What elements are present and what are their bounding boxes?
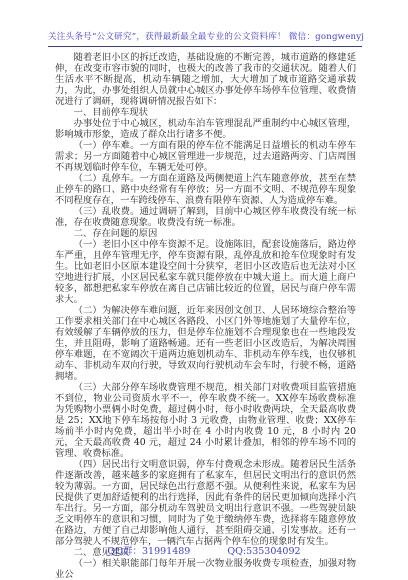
paragraph: （一）相关职能部门每年开展一次物业服务收费专项检查，加强对物业公 xyxy=(55,558,356,580)
paragraph: （三）乱收费。通过调研了解到，目前中心城区停车收费没有统一标准，存在收费随意现象… xyxy=(55,206,356,228)
qq-number: QQ:535304092 xyxy=(227,546,300,557)
paragraph: （二）为解决停车难问题，近年来因创文创卫、人居环境综合整治等工作要求相关部门在中… xyxy=(55,305,356,382)
page-header: 关注头条号“公文研究”，获得最新最全最专业的公文资料库！ 微信：gongweny… xyxy=(48,24,362,47)
paragraph: （一）老旧小区中停车资源不足。设施陈旧，配套设施落后，路边停车严重，且停车管理无… xyxy=(55,239,356,305)
document-page: 关注头条号“公文研究”，获得最新最全最专业的公文资料库！ 微信：gongweny… xyxy=(0,0,408,580)
section-heading-2: 二、存在问题的原因 xyxy=(55,228,356,239)
document-body: 随着老旧小区的拆迁改造，基础设施的不断完善，城市道路的修建延伸，在改变市容市貌的… xyxy=(55,52,356,580)
paragraph: （三）大部分停车场收费管理不规范，相关部门对收费项目监管措施不到位，物业公司资质… xyxy=(55,382,356,459)
page-footer: QQ群：31991489 QQ:535304092 xyxy=(0,543,408,557)
qq-group-number: QQ群：31991489 xyxy=(107,546,190,557)
paragraph-intro: 随着老旧小区的拆迁改造，基础设施的不断完善，城市道路的修建延伸，在改变市容市貌的… xyxy=(55,52,356,107)
header-banner-text: 关注头条号“公文研究”，获得最新最全最专业的公文资料库！ 微信：gongweny… xyxy=(48,32,364,42)
paragraph: （二）乱停车。一方面在道路及两侧便道上汽车随意停放，甚至在禁止停车的路口、路中央… xyxy=(55,173,356,206)
paragraph: 办事处位于中心城区，机动车泊车管理混乱严重制约中心城区管理，影响城市形象，造成了… xyxy=(55,118,356,140)
paragraph: （一）停车难。一方面有限的停车位不能满足日益增长的机动车停车需求；另一方面随着中… xyxy=(55,140,356,173)
paragraph: （四）居民出行文明意识弱，停车付费观念未形成。随着居民生活条件逐渐改善，越来越多… xyxy=(55,459,356,547)
section-heading-1: 一、目前停车现状 xyxy=(55,107,356,118)
